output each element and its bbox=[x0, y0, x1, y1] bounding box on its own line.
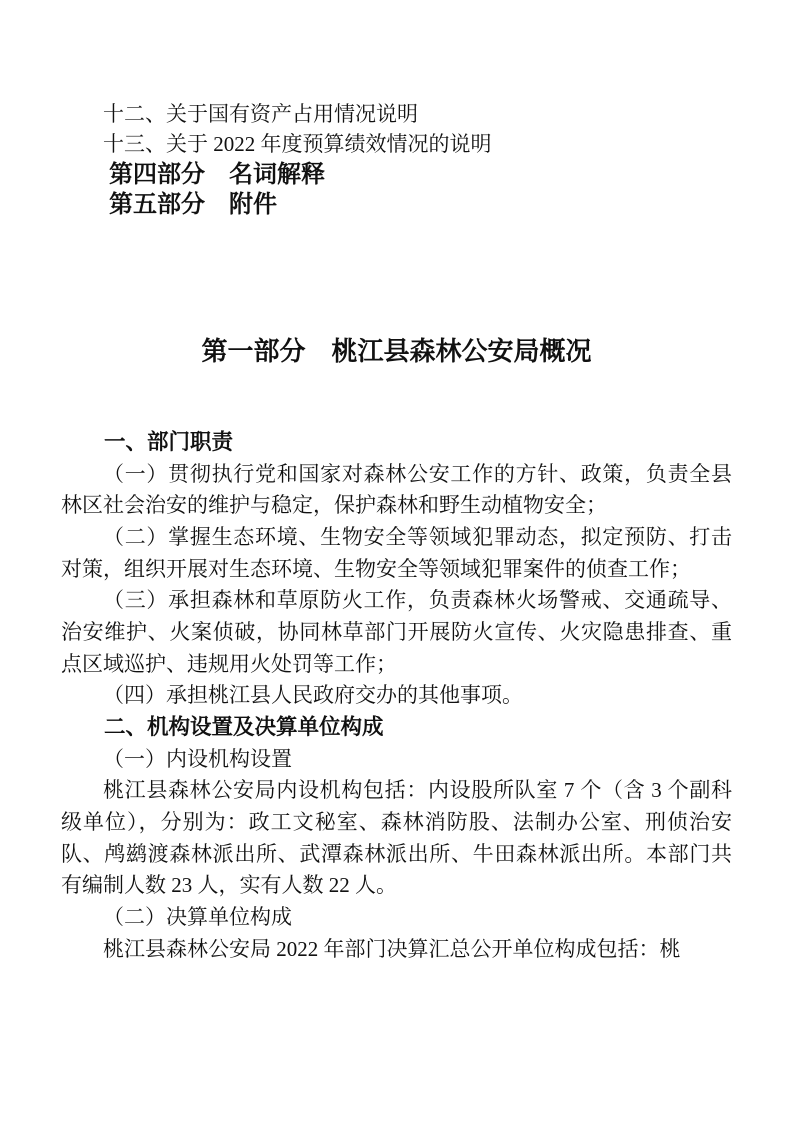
toc-part5-heading: 第五部分 附件 bbox=[61, 190, 731, 220]
paragraph-accounting-unit-detail: 桃江县森林公安局 2022 年部门决算汇总公开单位构成包括：桃 bbox=[61, 934, 732, 966]
paragraph-duty-2: （二）掌握生态环境、生物安全等领域犯罪动态，拟定预防、打击对策，组织开展对生态环… bbox=[61, 522, 732, 585]
document-body: 一、部门职责 （一）贯彻执行党和国家对森林公安工作的方针、政策，负责全县林区社会… bbox=[61, 427, 732, 965]
document-page: 十二、关于国有资产占用情况说明 十三、关于 2022 年度预算绩效情况的说明 第… bbox=[0, 0, 793, 1122]
paragraph-internal-setup-label: （一）内设机构设置 bbox=[61, 744, 732, 776]
table-of-contents: 十二、关于国有资产占用情况说明 十三、关于 2022 年度预算绩效情况的说明 第… bbox=[61, 99, 731, 220]
paragraph-internal-setup-detail: 桃江县森林公安局内设机构包括：内设股所队室 7 个（含 3 个副科级单位），分别… bbox=[61, 775, 732, 902]
part1-section-title: 第一部分 桃江县森林公安局概况 bbox=[0, 330, 793, 372]
toc-item-12: 十二、关于国有资产占用情况说明 bbox=[61, 99, 731, 129]
toc-item-13: 十三、关于 2022 年度预算绩效情况的说明 bbox=[61, 129, 731, 159]
paragraph-accounting-unit-label: （二）决算单位构成 bbox=[61, 902, 732, 934]
paragraph-duty-4: （四）承担桃江县人民政府交办的其他事项。 bbox=[61, 680, 732, 712]
paragraph-duty-1: （一）贯彻执行党和国家对森林公安工作的方针、政策，负责全县林区社会治安的维护与稳… bbox=[61, 459, 732, 522]
toc-part4-heading: 第四部分 名词解释 bbox=[61, 160, 731, 190]
paragraph-duty-3: （三）承担森林和草原防火工作，负责森林火场警戒、交通疏导、治安维护、火案侦破，协… bbox=[61, 585, 732, 680]
heading-department-duties: 一、部门职责 bbox=[61, 427, 732, 459]
heading-organization-structure: 二、机构设置及决算单位构成 bbox=[61, 712, 732, 744]
